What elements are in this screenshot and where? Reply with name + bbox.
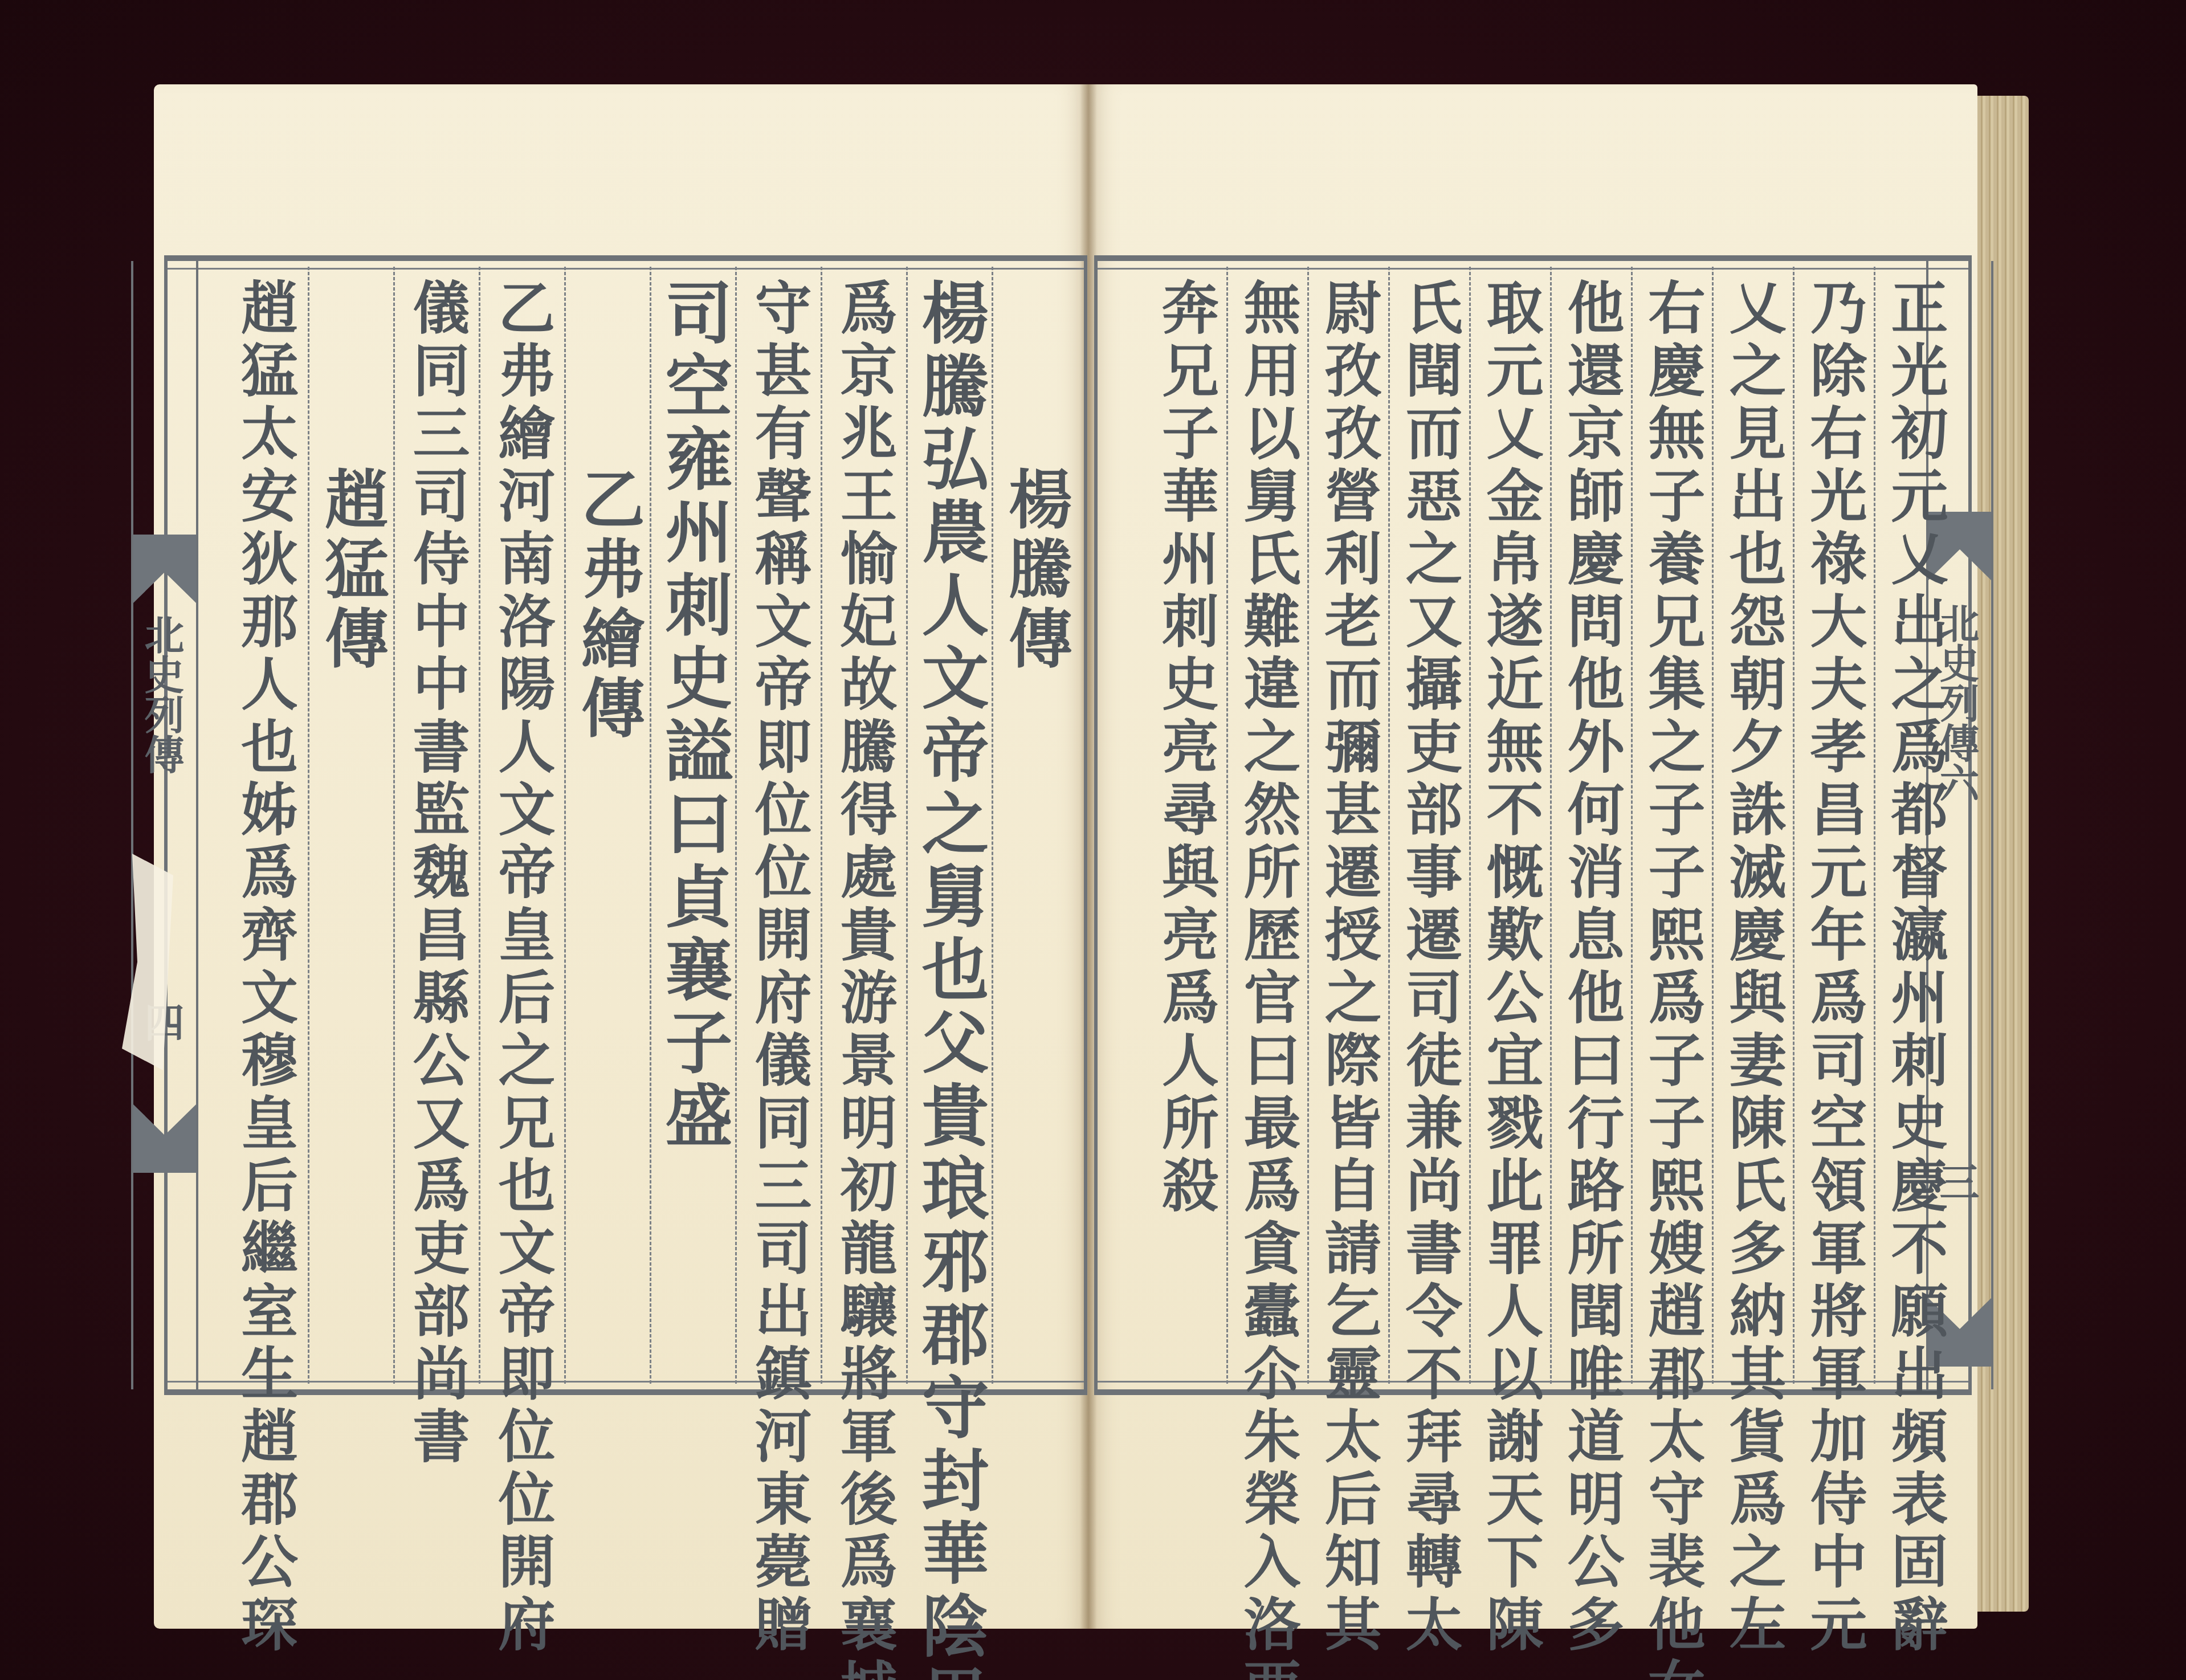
column-text: 爲京兆王愉妃故騰得處貴游景明初龍驤將軍後爲襄城太 xyxy=(836,278,893,1384)
text-column: 乂之見出也怨朝夕誅滅慶與妻陳氏多納其貨爲之左 xyxy=(1712,267,1793,1384)
text-column: 取元乂金帛遂近無不慨歎公宜戮此罪人以謝天下陳 xyxy=(1469,267,1550,1384)
column-text: 無用以舅氏難違之然所歷官曰最爲貪蠹尒朱榮入洛西 xyxy=(1239,278,1296,1384)
text-column: 趙猛太安狄那人也姊爲齊文穆皇后繼室生趙郡公琛 xyxy=(222,267,308,1384)
column-text: 奔兄子華州刺史亮尋與亮爲人所殺 xyxy=(1157,278,1214,1384)
text-column: 尉孜孜營利老而彌甚遷授之際皆自請乞靈太后知其 xyxy=(1307,267,1388,1384)
text-column: 楊騰傳 xyxy=(992,267,1077,1384)
text-column: 奔兄子華州刺史亮尋與亮爲人所殺 xyxy=(1145,267,1226,1384)
section-title: 楊騰傳 xyxy=(1004,278,1067,1384)
text-column: 趙猛傳 xyxy=(308,267,393,1384)
column-text: 右慶無子養兄集之子子熙爲子子熙嫂趙郡太守裴他女 xyxy=(1644,278,1701,1384)
column-text: 正光初元乂出之爲都督瀛州刺史慶不願出頻表固辭 xyxy=(1887,278,1944,1384)
text-column: 乃除右光祿大夫孝昌元年爲司空領軍將軍加侍中元 xyxy=(1793,267,1874,1384)
text-column: 正光初元乂出之爲都督瀛州刺史慶不願出頻表固辭 xyxy=(1874,267,1955,1384)
text-column: 楊騰弘農人文帝之舅也父貴琅邪郡守封華陰男騰 xyxy=(906,267,992,1384)
text-column: 司空雍州刺史謚曰貞襄子盛 xyxy=(650,267,735,1384)
text-column: 乙弗繪傳 xyxy=(564,267,650,1384)
column-text: 乂之見出也怨朝夕誅滅慶與妻陳氏多納其貨爲之左 xyxy=(1725,278,1782,1384)
text-column: 右慶無子養兄集之子子熙爲子子熙嫂趙郡太守裴他女 xyxy=(1631,267,1712,1384)
column-text: 他還京師慶問他外何消息他曰行路所聞唯道明公多 xyxy=(1563,278,1620,1384)
section-title: 乙弗繪傳 xyxy=(576,278,640,1384)
section-title: 趙猛傳 xyxy=(320,278,384,1384)
text-column: 氏聞而惡之又攝吏部事遷司徒兼尚書令不拜尋轉太 xyxy=(1388,267,1469,1384)
left-page-text: 楊騰傳 楊騰弘農人文帝之舅也父貴琅邪郡守封華陰男騰 爲京兆王愉妃故騰得處貴游景明… xyxy=(177,267,1077,1384)
text-column: 爲京兆王愉妃故騰得處貴游景明初龍驤將軍後爲襄城太 xyxy=(821,267,906,1384)
text-column: 乙弗繪河南洛陽人文帝皇后之兄也文帝即位位開府 xyxy=(479,267,564,1384)
text-column: 儀同三司侍中中書監魏昌縣公又爲吏部尚書 xyxy=(393,267,479,1384)
column-text: 儀同三司侍中中書監魏昌縣公又爲吏部尚書 xyxy=(409,278,466,1384)
column-text: 氏聞而惡之又攝吏部事遷司徒兼尚書令不拜尋轉太 xyxy=(1401,278,1458,1384)
column-text: 取元乂金帛遂近無不慨歎公宜戮此罪人以謝天下陳 xyxy=(1482,278,1539,1384)
column-text: 尉孜孜營利老而彌甚遷授之際皆自請乞靈太后知其 xyxy=(1320,278,1377,1384)
text-column: 無用以舅氏難違之然所歷官曰最爲貪蠹尒朱榮入洛西 xyxy=(1226,267,1307,1384)
text-column: 他還京師慶問他外何消息他曰行路所聞唯道明公多 xyxy=(1550,267,1631,1384)
column-text: 乃除右光祿大夫孝昌元年爲司空領軍將軍加侍中元 xyxy=(1806,278,1863,1384)
column-text: 楊騰弘農人文帝之舅也父貴琅邪郡守封華陰男騰 xyxy=(916,278,984,1384)
column-text: 守甚有聲稱文帝即位位開府儀同三司出鎮河東薨贈 xyxy=(751,278,807,1384)
column-text: 乙弗繪河南洛陽人文帝皇后之兄也文帝即位位開府 xyxy=(494,278,551,1384)
open-book: 北史列傳 四 北史列傳六 三 楊騰傳 楊騰弘農人文帝之舅也父貴琅邪郡守封華陰男騰… xyxy=(154,84,2063,1629)
text-column: 守甚有聲稱文帝即位位開府儀同三司出鎮河東薨贈 xyxy=(735,267,821,1384)
column-text: 趙猛太安狄那人也姊爲齊文穆皇后繼室生趙郡公琛 xyxy=(236,278,293,1384)
column-text: 司空雍州刺史謚曰貞襄子盛 xyxy=(660,278,727,1384)
right-page-text: 正光初元乂出之爲都督瀛州刺史慶不願出頻表固辭 乃除右光祿大夫孝昌元年爲司空領軍將… xyxy=(1111,267,1955,1384)
